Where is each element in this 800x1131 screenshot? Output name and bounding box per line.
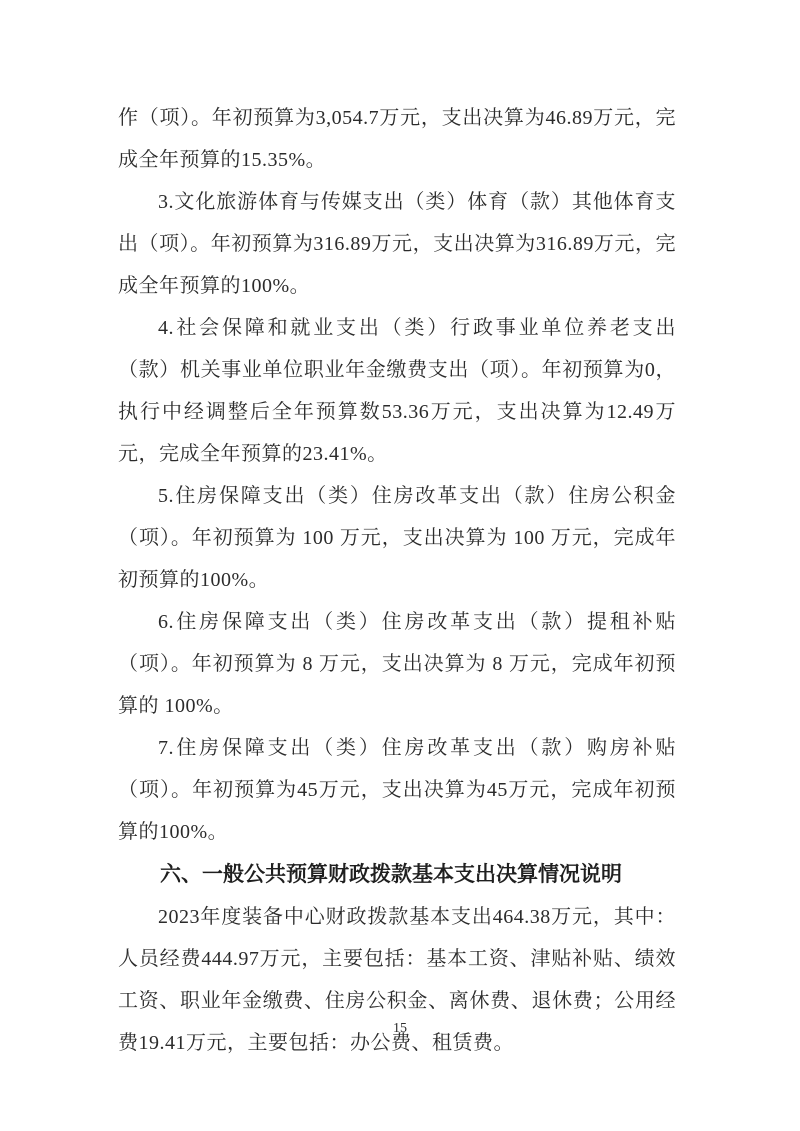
budget-item-5: 5.住房保障支出（类）住房改革支出（款）住房公积金（项）。年初预算为 100 万… bbox=[118, 475, 676, 601]
document-content: 作（项）。年初预算为3,054.7万元，支出决算为46.89万元，完成全年预算的… bbox=[118, 97, 676, 1064]
document-page: 作（项）。年初预算为3,054.7万元，支出决算为46.89万元，完成全年预算的… bbox=[0, 0, 800, 1131]
budget-item-4: 4.社会保障和就业支出（类）行政事业单位养老支出（款）机关事业单位职业年金缴费支… bbox=[118, 307, 676, 475]
budget-item-3: 3.文化旅游体育与传媒支出（类）体育（款）其他体育支出（项）。年初预算为316.… bbox=[118, 181, 676, 307]
budget-item-7: 7.住房保障支出（类）住房改革支出（款）购房补贴（项）。年初预算为45万元，支出… bbox=[118, 727, 676, 853]
page-number: 15 bbox=[0, 1019, 800, 1039]
budget-item-6: 6.住房保障支出（类）住房改革支出（款）提租补贴（项）。年初预算为 8 万元，支… bbox=[118, 601, 676, 727]
section-heading: 六、一般公共预算财政拨款基本支出决算情况说明 bbox=[118, 853, 676, 896]
paragraph-continuation: 作（项）。年初预算为3,054.7万元，支出决算为46.89万元，完成全年预算的… bbox=[118, 97, 676, 181]
